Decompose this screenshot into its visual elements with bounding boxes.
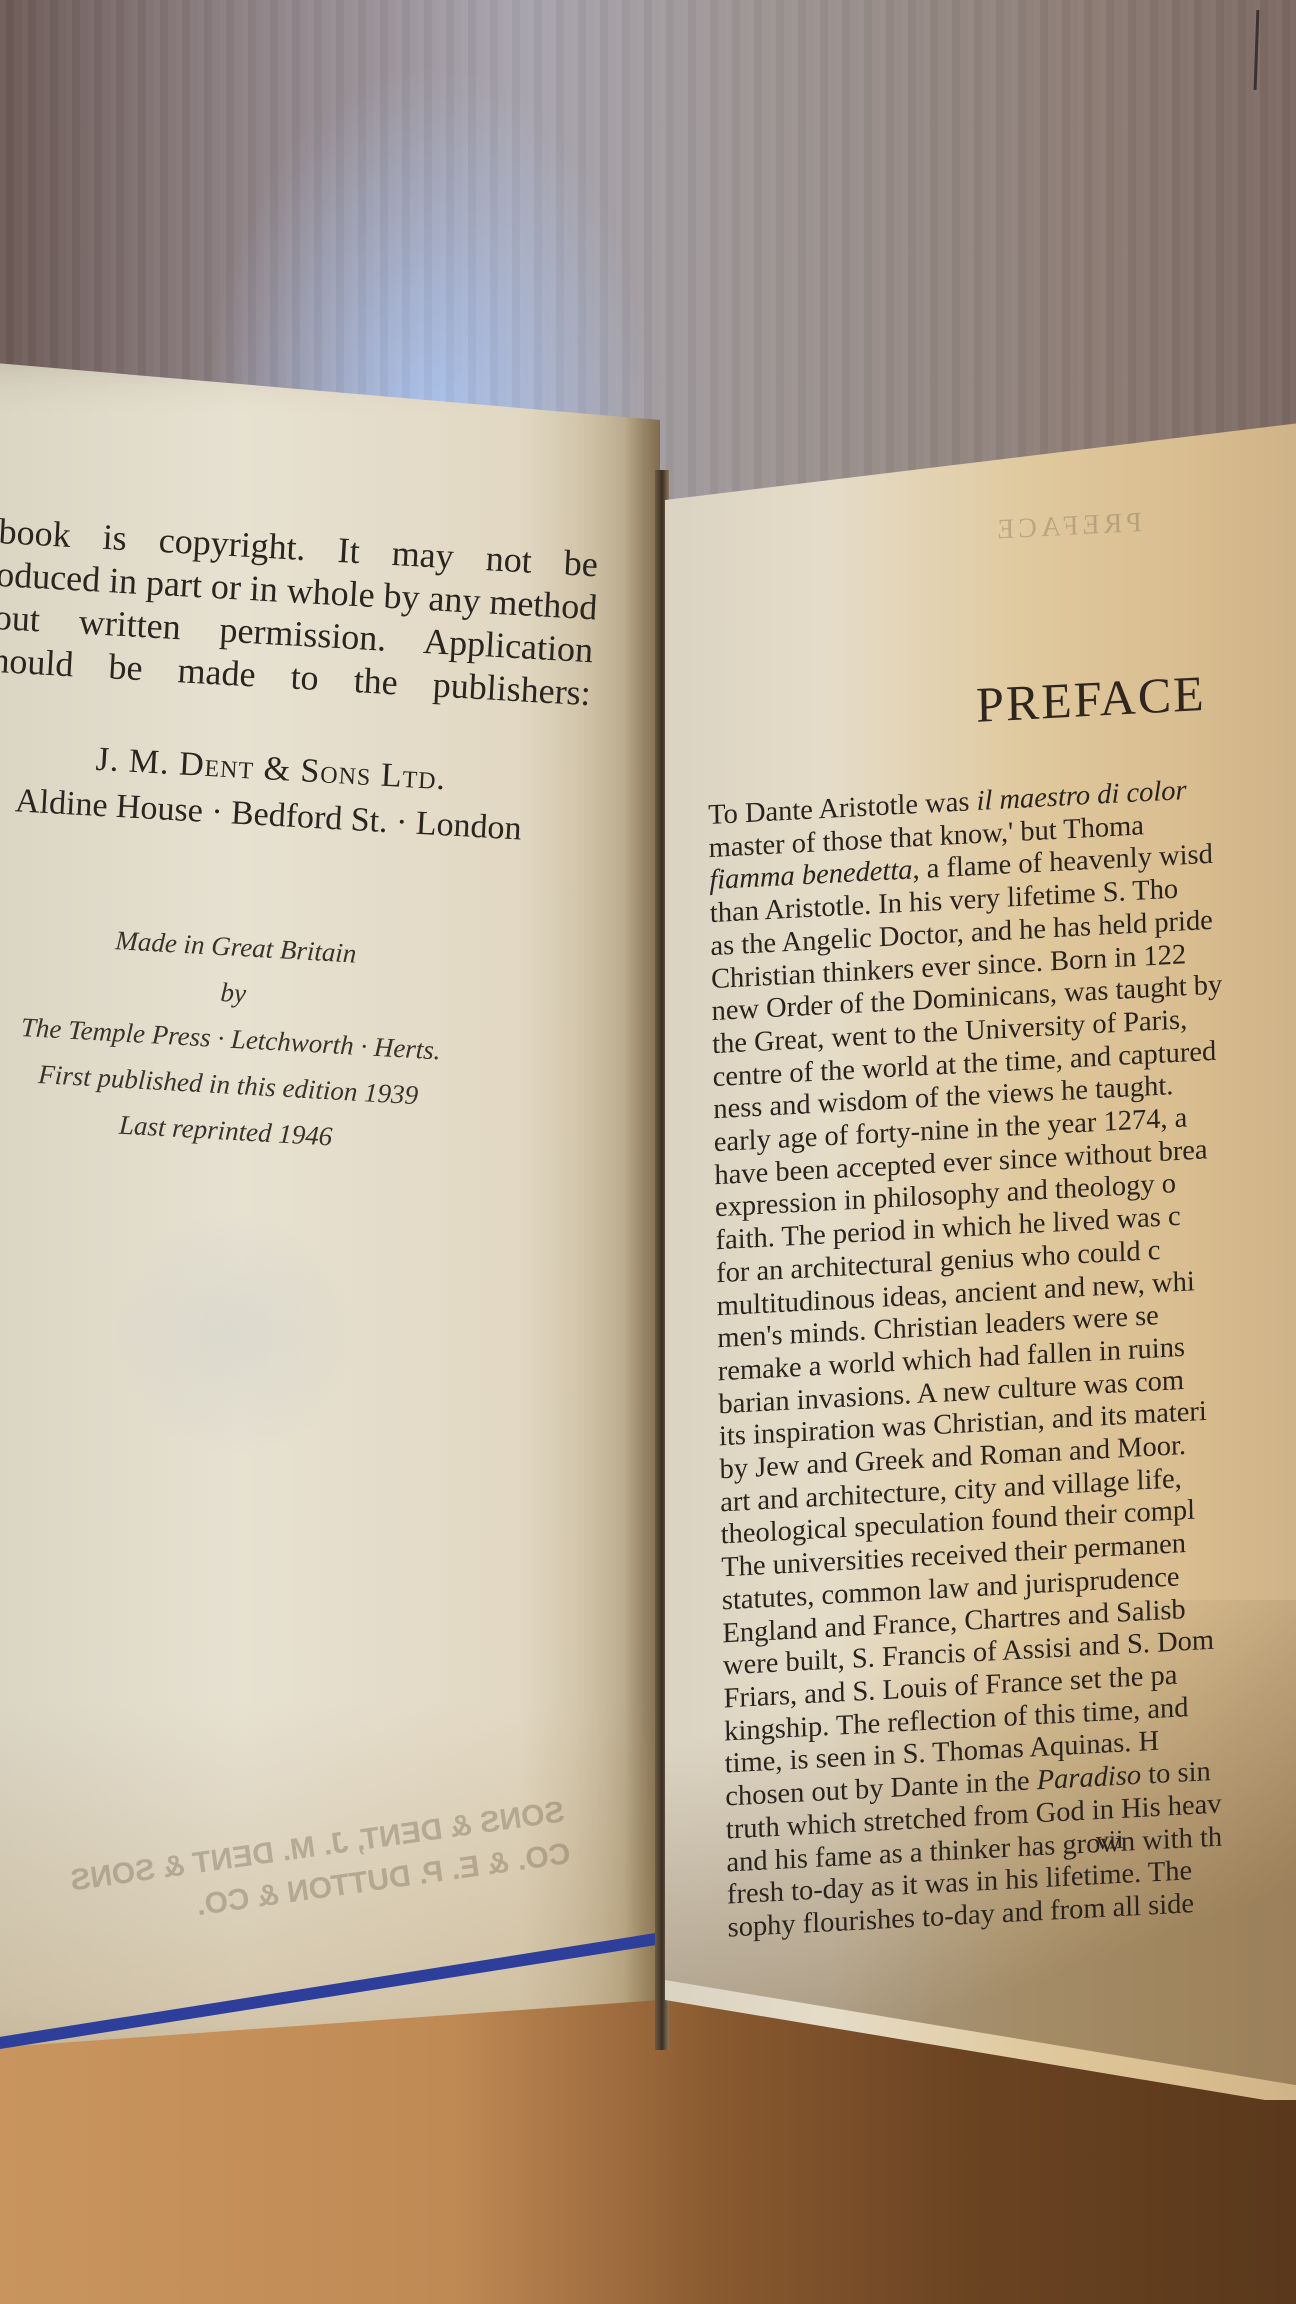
page-number: vii [1096,1825,1124,1856]
copyright-notice: book is copyright. It may not be oduced … [0,510,599,715]
imprint-block: Made in Great Britain by The Temple Pres… [0,909,497,1168]
page-title: PREFACE [976,664,1206,734]
preface-body: To Dante Aristotle was il maestro di col… [708,767,1296,1946]
